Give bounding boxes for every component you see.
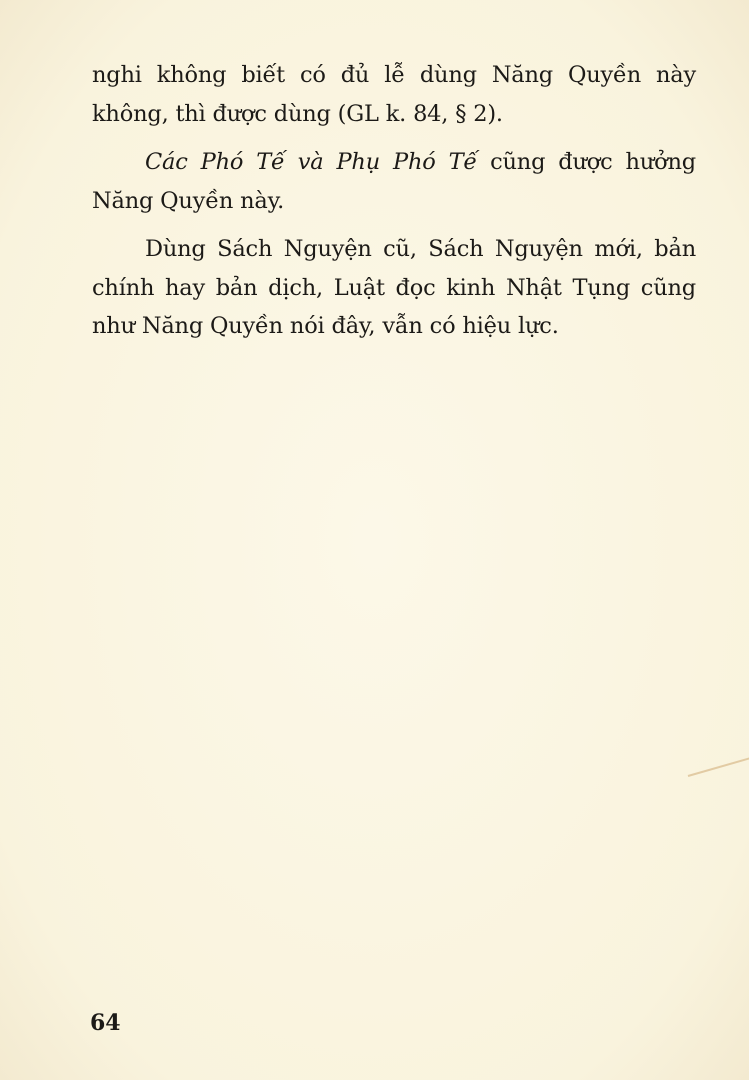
italic-phrase: Các Phó Tế và Phụ Phó Tế bbox=[145, 149, 477, 175]
page-number: 64 bbox=[90, 1010, 121, 1036]
text-line: như Năng Quyền nói đây, vẫn có hiệu lực. bbox=[92, 307, 696, 346]
paragraph-continued: nghi không biết có đủ lễ dùng Năng Quyền… bbox=[92, 56, 696, 133]
text-run: cũng được hưởng bbox=[477, 149, 696, 175]
paragraph-breviary: Dùng Sách Nguyện cũ, Sách Nguyện mới, bả… bbox=[92, 230, 696, 346]
paper-crease bbox=[688, 756, 749, 777]
book-page: nghi không biết có đủ lễ dùng Năng Quyền… bbox=[0, 0, 749, 1080]
text-line: Năng Quyền này. bbox=[92, 182, 696, 221]
body-text: nghi không biết có đủ lễ dùng Năng Quyền… bbox=[92, 56, 696, 346]
text-line: Dùng Sách Nguyện cũ, Sách Nguyện mới, bả… bbox=[92, 230, 696, 269]
paragraph-deacons: Các Phó Tế và Phụ Phó Tế cũng được hưởng… bbox=[92, 143, 696, 220]
text-line: chính hay bản dịch, Luật đọc kinh Nhật T… bbox=[92, 269, 696, 308]
text-line: nghi không biết có đủ lễ dùng Năng Quyền… bbox=[92, 56, 696, 95]
text-line: Các Phó Tế và Phụ Phó Tế cũng được hưởng bbox=[92, 143, 696, 182]
text-line: không, thì được dùng (GL k. 84, § 2). bbox=[92, 95, 696, 134]
